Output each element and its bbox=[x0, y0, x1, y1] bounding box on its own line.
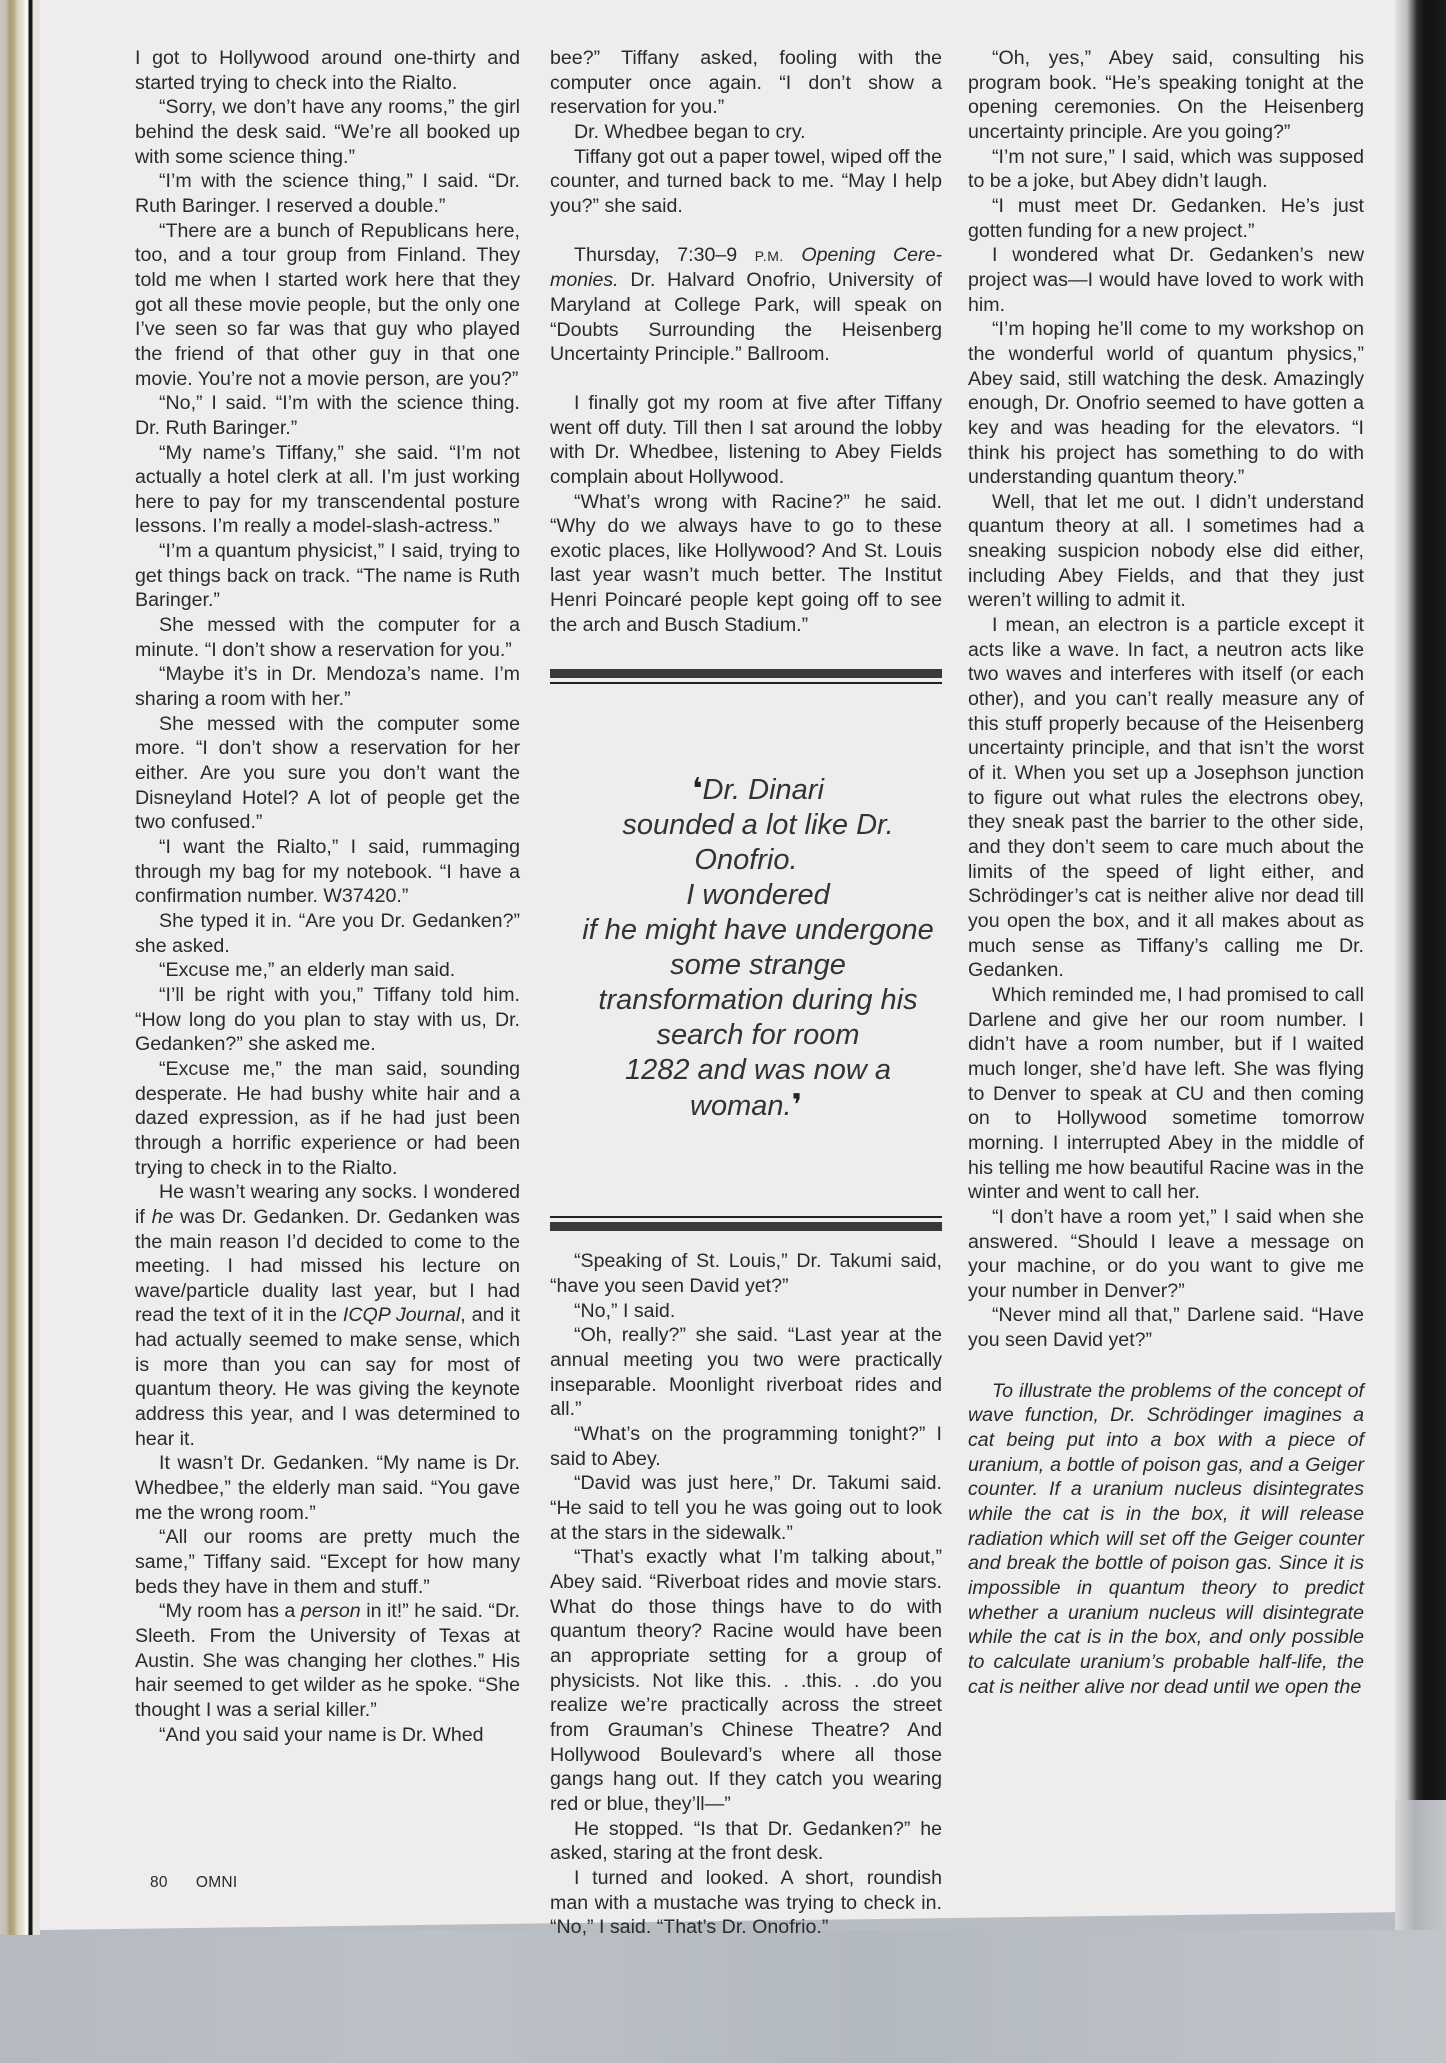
scanner-background bbox=[0, 1930, 1446, 2063]
journal-title: ICQP Journal bbox=[343, 1304, 460, 1326]
open-quote-mark-icon: ❛ bbox=[692, 773, 702, 806]
page-edge-shadow bbox=[1395, 0, 1446, 1800]
close-quote-mark-icon: ❜ bbox=[792, 1089, 802, 1122]
paragraph: “I’m not sure,” I said, which was sup­po… bbox=[968, 145, 1364, 194]
emphasis-person: person bbox=[301, 1600, 361, 1622]
paragraph: Tiffany got out a paper towel, wiped off… bbox=[550, 145, 942, 219]
text-column-1: I got to Hollywood around one-thirty and… bbox=[135, 46, 520, 1747]
paragraph: “David was just here,” Dr. Takumi said. … bbox=[550, 1471, 942, 1545]
paragraph: “Sorry, we don’t have any rooms,” the gi… bbox=[135, 95, 520, 169]
paragraph: “Oh, really?” she said. “Last year at th… bbox=[550, 1323, 942, 1422]
pull-quote: ❛Dr. Dinari sounded a lot like Dr. Onofr… bbox=[550, 684, 942, 1216]
paragraph-person: “My room has a person in it!” he said. “… bbox=[135, 1599, 520, 1722]
text-column-2: bee?” Tiffany asked, fooling with the co… bbox=[550, 46, 942, 1940]
italic-science-insert: To illustrate the problems of the con­ce… bbox=[968, 1379, 1364, 1700]
paragraph: Well, that let me out. I didn’t under­st… bbox=[968, 490, 1364, 613]
paragraph: She typed it in. “Are you Dr. Gedan­ken?… bbox=[135, 909, 520, 958]
paragraph: “Oh, yes,” Abey said, consulting his pro… bbox=[968, 46, 1364, 145]
paragraph: I got to Hollywood around one-thirty and… bbox=[135, 46, 520, 95]
paragraph: She messed with the computer for a minut… bbox=[135, 613, 520, 662]
paragraph: It wasn’t Dr. Gedanken. “My name is Dr. … bbox=[135, 1451, 520, 1525]
paragraph: I turned and looked. A short, roundish m… bbox=[550, 1866, 942, 1940]
paragraph: She messed with the computer some more. … bbox=[135, 712, 520, 835]
paragraph: “And you said your name is Dr. Whed­ bbox=[135, 1723, 520, 1748]
paragraph: “I’ll be right with you,” Tiffany told h… bbox=[135, 983, 520, 1057]
paragraph: “I’m a quantum physicist,” I said, tryin… bbox=[135, 539, 520, 613]
paragraph: bee?” Tiffany asked, fooling with the co… bbox=[550, 46, 942, 120]
paragraph: “Never mind all that,” Darlene said. “Ha… bbox=[968, 1303, 1364, 1352]
paragraph: “I want the Rialto,” I said, rummaging t… bbox=[135, 835, 520, 909]
paragraph: “What’s on the programming tonight?” I s… bbox=[550, 1422, 942, 1471]
page-folio: 80OMNI bbox=[150, 1874, 238, 1892]
paragraph: “I’m hoping he’ll come to my workshop on… bbox=[968, 317, 1364, 490]
paragraph: “There are a bunch of Republicans here, … bbox=[135, 219, 520, 392]
paragraph: “All our rooms are pretty much the same,… bbox=[135, 1525, 520, 1599]
emphasis-he: he bbox=[152, 1206, 174, 1228]
paragraph: “I must meet Dr. Gedanken. He’s just got… bbox=[968, 194, 1364, 243]
paragraph: I wondered what Dr. Gedanken’s new proje… bbox=[968, 243, 1364, 317]
paragraph: Dr. Whedbee began to cry. bbox=[550, 120, 942, 145]
program-entry: Thursday, 7:30–9 P.M. Opening Cere­monie… bbox=[550, 243, 942, 367]
page-number: 80 bbox=[150, 1874, 168, 1891]
paragraph: He stopped. “Is that Dr. Gedanken?” he a… bbox=[550, 1817, 942, 1866]
paragraph: “No,” I said. “I’m with the science thin… bbox=[135, 391, 520, 440]
text-column-3: “Oh, yes,” Abey said, consulting his pro… bbox=[968, 46, 1364, 1699]
paragraph: “Excuse me,” the man said, sounding desp… bbox=[135, 1057, 520, 1180]
paragraph: Which reminded me, I had promised to cal… bbox=[968, 983, 1364, 1205]
pull-quote-top-rule bbox=[550, 669, 942, 684]
paragraph: “Speaking of St. Louis,” Dr. Takumi said… bbox=[550, 1249, 942, 1298]
pull-quote-bottom-rule bbox=[550, 1216, 942, 1231]
paragraph: “Excuse me,” an elderly man said. bbox=[135, 958, 520, 983]
paragraph: “What’s wrong with Racine?” he said. “Wh… bbox=[550, 490, 942, 638]
magazine-spine-binding bbox=[0, 0, 40, 1935]
paragraph: “Maybe it’s in Dr. Mendoza’s name. I’m s… bbox=[135, 662, 520, 711]
publication-name: OMNI bbox=[196, 1874, 238, 1891]
paragraph: “I’m with the science thing,” I said. “D… bbox=[135, 169, 520, 218]
paragraph: “That’s exactly what I’m talking about,”… bbox=[550, 1545, 942, 1816]
paragraph: I mean, an electron is a particle except… bbox=[968, 613, 1364, 983]
paragraph: “No,” I said. bbox=[550, 1299, 942, 1324]
paragraph: I finally got my room at five after Tiff… bbox=[550, 391, 942, 490]
paragraph-italic: To illustrate the problems of the con­ce… bbox=[968, 1379, 1364, 1700]
paragraph: “I don’t have a room yet,” I said when s… bbox=[968, 1205, 1364, 1304]
paragraph: “My name’s Tiffany,” she said. “I’m not … bbox=[135, 441, 520, 540]
page-edge-lower bbox=[1395, 1800, 1446, 1930]
paragraph-socks: He wasn’t wearing any socks. I won­dered… bbox=[135, 1180, 520, 1451]
